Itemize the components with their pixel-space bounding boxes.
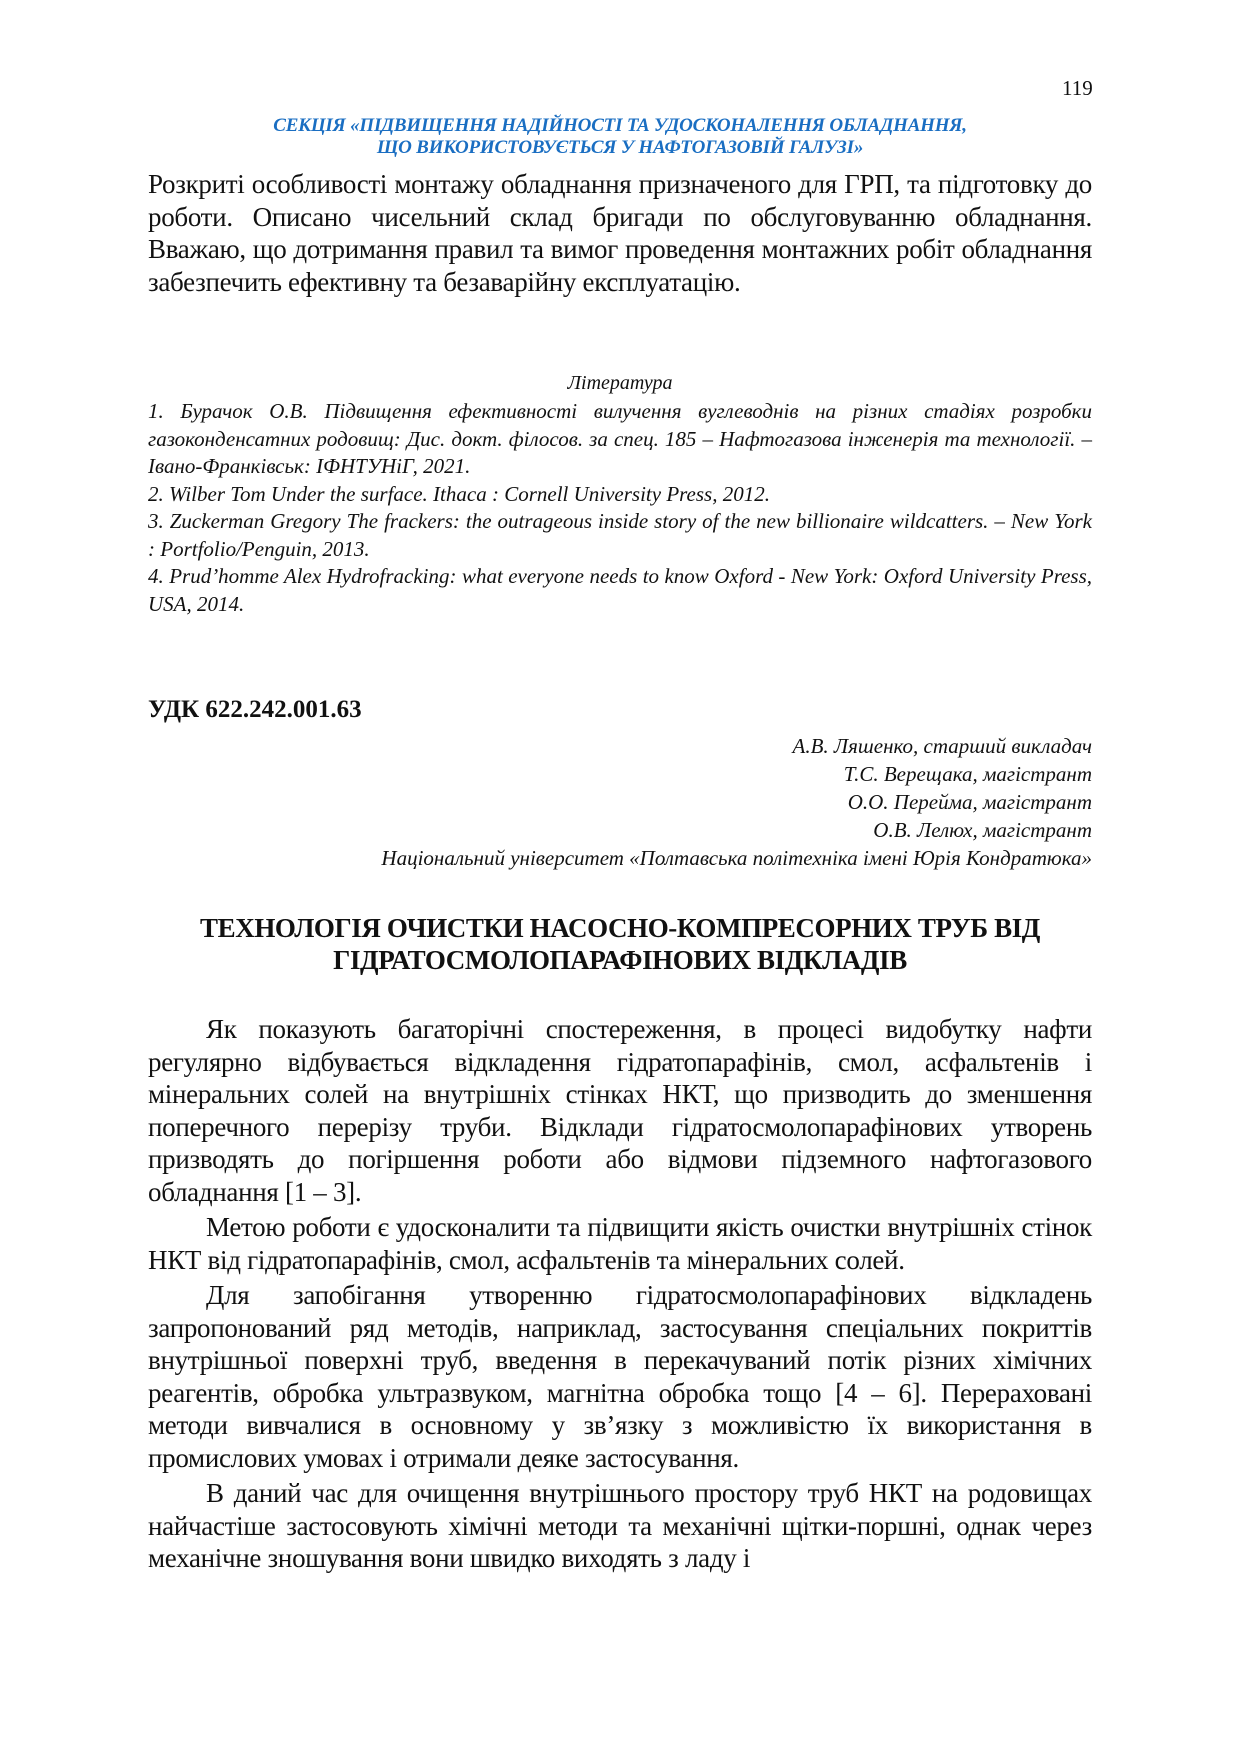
literature-item: 1. Бурачок О.В. Підвищення ефективності … <box>148 398 1092 481</box>
body-paragraph: Як показують багаторічні спостереження, … <box>148 1013 1092 1208</box>
body-paragraph: В даний час для очищення внутрішнього пр… <box>148 1477 1092 1575</box>
article-title: ТЕХНОЛОГІЯ ОЧИСТКИ НАСОСНО-КОМПРЕСОРНИХ … <box>148 912 1092 976</box>
section-header-line-1: СЕКЦІЯ «ПІДВИЩЕННЯ НАДІЙНОСТІ ТА УДОСКОН… <box>148 115 1092 137</box>
article-title-line-2: ГІДРАТОСМОЛОПАРАФІНОВИХ ВІДКЛАДІВ <box>148 944 1092 976</box>
article-title-line-1: ТЕХНОЛОГІЯ ОЧИСТКИ НАСОСНО-КОМПРЕСОРНИХ … <box>148 912 1092 944</box>
page-number: 119 <box>1062 76 1093 101</box>
literature-item: 3. Zuckerman Gregory The frackers: the o… <box>148 508 1092 563</box>
section-header-line-2: ЩО ВИКОРИСТОВУЄТЬСЯ У НАФТОГАЗОВІЙ ГАЛУЗ… <box>148 137 1092 159</box>
author: О.В. Лелюх, магістрант <box>148 816 1092 844</box>
author: А.В. Ляшенко, старший викладач <box>148 732 1092 760</box>
author: Т.С. Верещака, магістрант <box>148 760 1092 788</box>
article-body: Як показують багаторічні спостереження, … <box>148 1013 1092 1578</box>
literature-list: 1. Бурачок О.В. Підвищення ефективності … <box>148 398 1092 618</box>
literature-item: 2. Wilber Tom Under the surface. Ithaca … <box>148 481 1092 509</box>
affiliation: Національний університет «Полтавська пол… <box>148 844 1092 872</box>
section-header: СЕКЦІЯ «ПІДВИЩЕННЯ НАДІЙНОСТІ ТА УДОСКОН… <box>148 115 1092 159</box>
authors-block: А.В. Ляшенко, старший викладач Т.С. Вере… <box>148 732 1092 872</box>
intro-paragraph: Розкриті особливості монтажу обладнання … <box>148 168 1092 298</box>
literature-title: Література <box>148 372 1092 395</box>
body-paragraph: Метою роботи є удосконалити та підвищити… <box>148 1211 1092 1276</box>
udk-code: УДК 622.242.001.63 <box>148 696 362 724</box>
literature-item: 4. Prud’homme Alex Hydrofracking: what e… <box>148 563 1092 618</box>
author: О.О. Перейма, магістрант <box>148 788 1092 816</box>
body-paragraph: Для запобігання утворенню гідратосмолопа… <box>148 1279 1092 1474</box>
